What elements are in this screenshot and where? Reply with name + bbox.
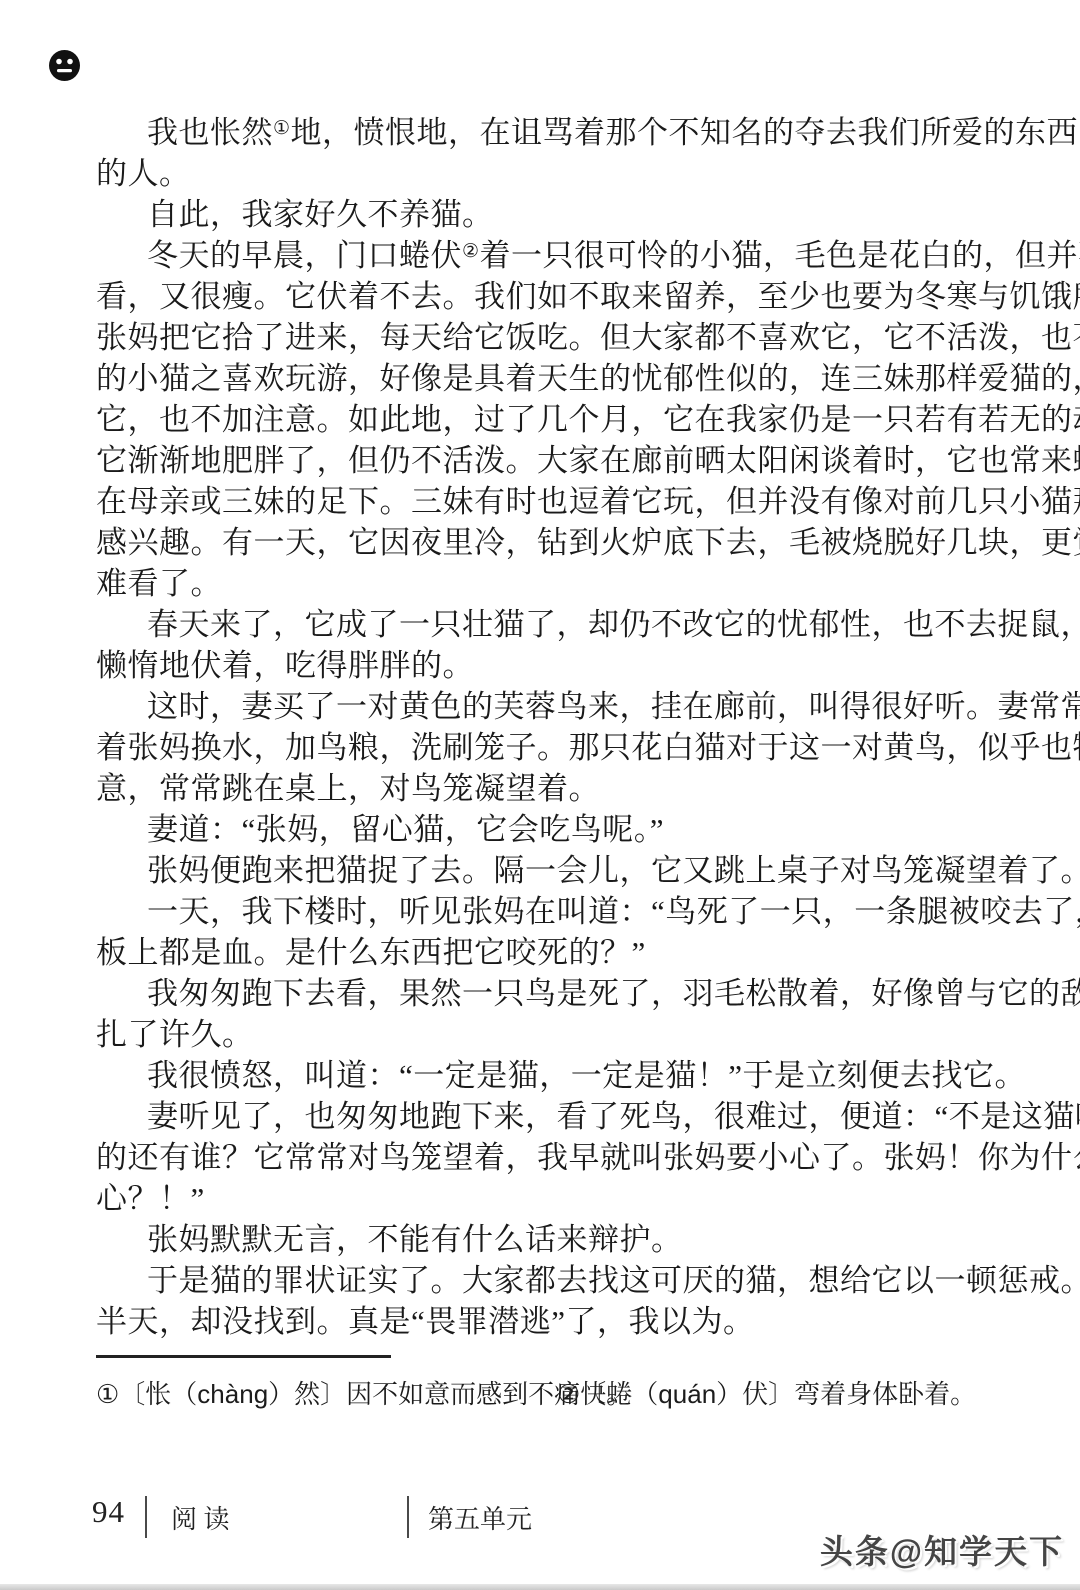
page-edge-shadow	[0, 1584, 1080, 1590]
text-line: 张妈默默无言，不能有什么话来辩护。	[96, 1219, 980, 1260]
text-line: 一天，我下楼时，听见张妈在叫道：“鸟死了一只，一条腿被咬去了，笼	[96, 891, 980, 932]
footer-divider-1	[145, 1496, 147, 1538]
text-line: 在母亲或三妹的足下。三妹有时也逗着它玩，但并没有像对前几只小猫那样	[96, 481, 980, 522]
text-line: 板上都是血。是什么东西把它咬死的？”	[96, 932, 980, 973]
footer-divider-2	[407, 1496, 409, 1538]
footnote-divider	[96, 1355, 391, 1358]
text-line: 这时，妻买了一对黄色的芙蓉鸟来，挂在廊前，叫得很好听。妻常常叮嘱	[96, 686, 980, 727]
text-line: 半天，却没找到。真是“畏罪潜逃”了，我以为。	[96, 1301, 980, 1342]
body-text: 我也怅然①地，愤恨地，在诅骂着那个不知名的夺去我们所爱的东西的人。自此，我家好久…	[96, 112, 980, 1342]
text-line: 它，也不加注意。如此地，过了几个月，它在我家仍是一只若有若无的动物。	[96, 399, 980, 440]
watermark: 头条@知学天下	[820, 1526, 1064, 1573]
text-line: 感兴趣。有一天，它因夜里冷，钻到火炉底下去，毛被烧脱好几块，更觉得	[96, 522, 980, 563]
text-line: 我匆匆跑下去看，果然一只鸟是死了，羽毛松散着，好像曾与它的敌人挣	[96, 973, 980, 1014]
text-line: 它渐渐地肥胖了，但仍不活泼。大家在廊前晒太阳闲谈着时，它也常来蜷伏	[96, 440, 980, 481]
footer-unit-label: 第五单元	[428, 1499, 532, 1536]
text-line: 张妈把它拾了进来，每天给它饭吃。但大家都不喜欢它，它不活泼，也不像别	[96, 317, 980, 358]
text-line: 懒惰地伏着，吃得胖胖的。	[96, 645, 980, 686]
smiley-face-icon-svg	[48, 49, 81, 82]
text-line: 看，又很瘦。它伏着不去。我们如不取来留养，至少也要为冬寒与饥饿所杀。	[96, 276, 980, 317]
text-line: 扎了许久。	[96, 1014, 980, 1055]
text-line: 春天来了，它成了一只壮猫了，却仍不改它的忧郁性，也不去捉鼠，终日	[96, 604, 980, 645]
text-line: 妻听见了，也匆匆地跑下来，看了死鸟，很难过，便道：“不是这猫咬死	[96, 1096, 980, 1137]
text-line: 的小猫之喜欢玩游，好像是具着天生的忧郁性似的，连三妹那样爱猫的，对于	[96, 358, 980, 399]
text-line: 妻道：“张妈，留心猫，它会吃鸟呢。”	[96, 809, 980, 850]
text-line: 我也怅然①地，愤恨地，在诅骂着那个不知名的夺去我们所爱的东西	[96, 112, 980, 153]
page-number: 94	[92, 1494, 125, 1530]
text-line: 的人。	[96, 153, 980, 194]
text-line: 心？！”	[96, 1178, 980, 1219]
text-line: 的还有谁？它常常对鸟笼望着，我早就叫张妈要小心了。张妈！你为什么不小	[96, 1137, 980, 1178]
footnote-2: ②〔蜷（quán）伏〕弯着身体卧着。	[557, 1376, 976, 1412]
footnotes: ①〔怅（chàng）然〕因不如意而感到不痛快。 ②〔蜷（quán）伏〕弯着身体卧…	[0, 1376, 1080, 1416]
text-line: 自此，我家好久不养猫。	[96, 194, 980, 235]
text-line: 我很愤怒，叫道：“一定是猫，一定是猫！”于是立刻便去找它。	[96, 1055, 980, 1096]
text-line: 张妈便跑来把猫捉了去。隔一会儿，它又跳上桌子对鸟笼凝望着了。	[96, 850, 980, 891]
smiley-face-icon	[48, 49, 81, 82]
text-line: 于是猫的罪状证实了。大家都去找这可厌的猫，想给它以一顿惩戒。找了	[96, 1260, 980, 1301]
footnote-1: ①〔怅（chàng）然〕因不如意而感到不痛快。	[96, 1376, 632, 1412]
text-line: 意，常常跳在桌上，对鸟笼凝望着。	[96, 768, 980, 809]
footer-section-label: 阅 读	[171, 1499, 230, 1536]
text-line: 着张妈换水，加鸟粮，洗刷笼子。那只花白猫对于这一对黄鸟，似乎也特别注	[96, 727, 980, 768]
text-line: 冬天的早晨，门口蜷伏②着一只很可怜的小猫，毛色是花白的，但并不好	[96, 235, 980, 276]
textbook-page: 我也怅然①地，愤恨地，在诅骂着那个不知名的夺去我们所爱的东西的人。自此，我家好久…	[0, 0, 1080, 1590]
text-line: 难看了。	[96, 563, 980, 604]
